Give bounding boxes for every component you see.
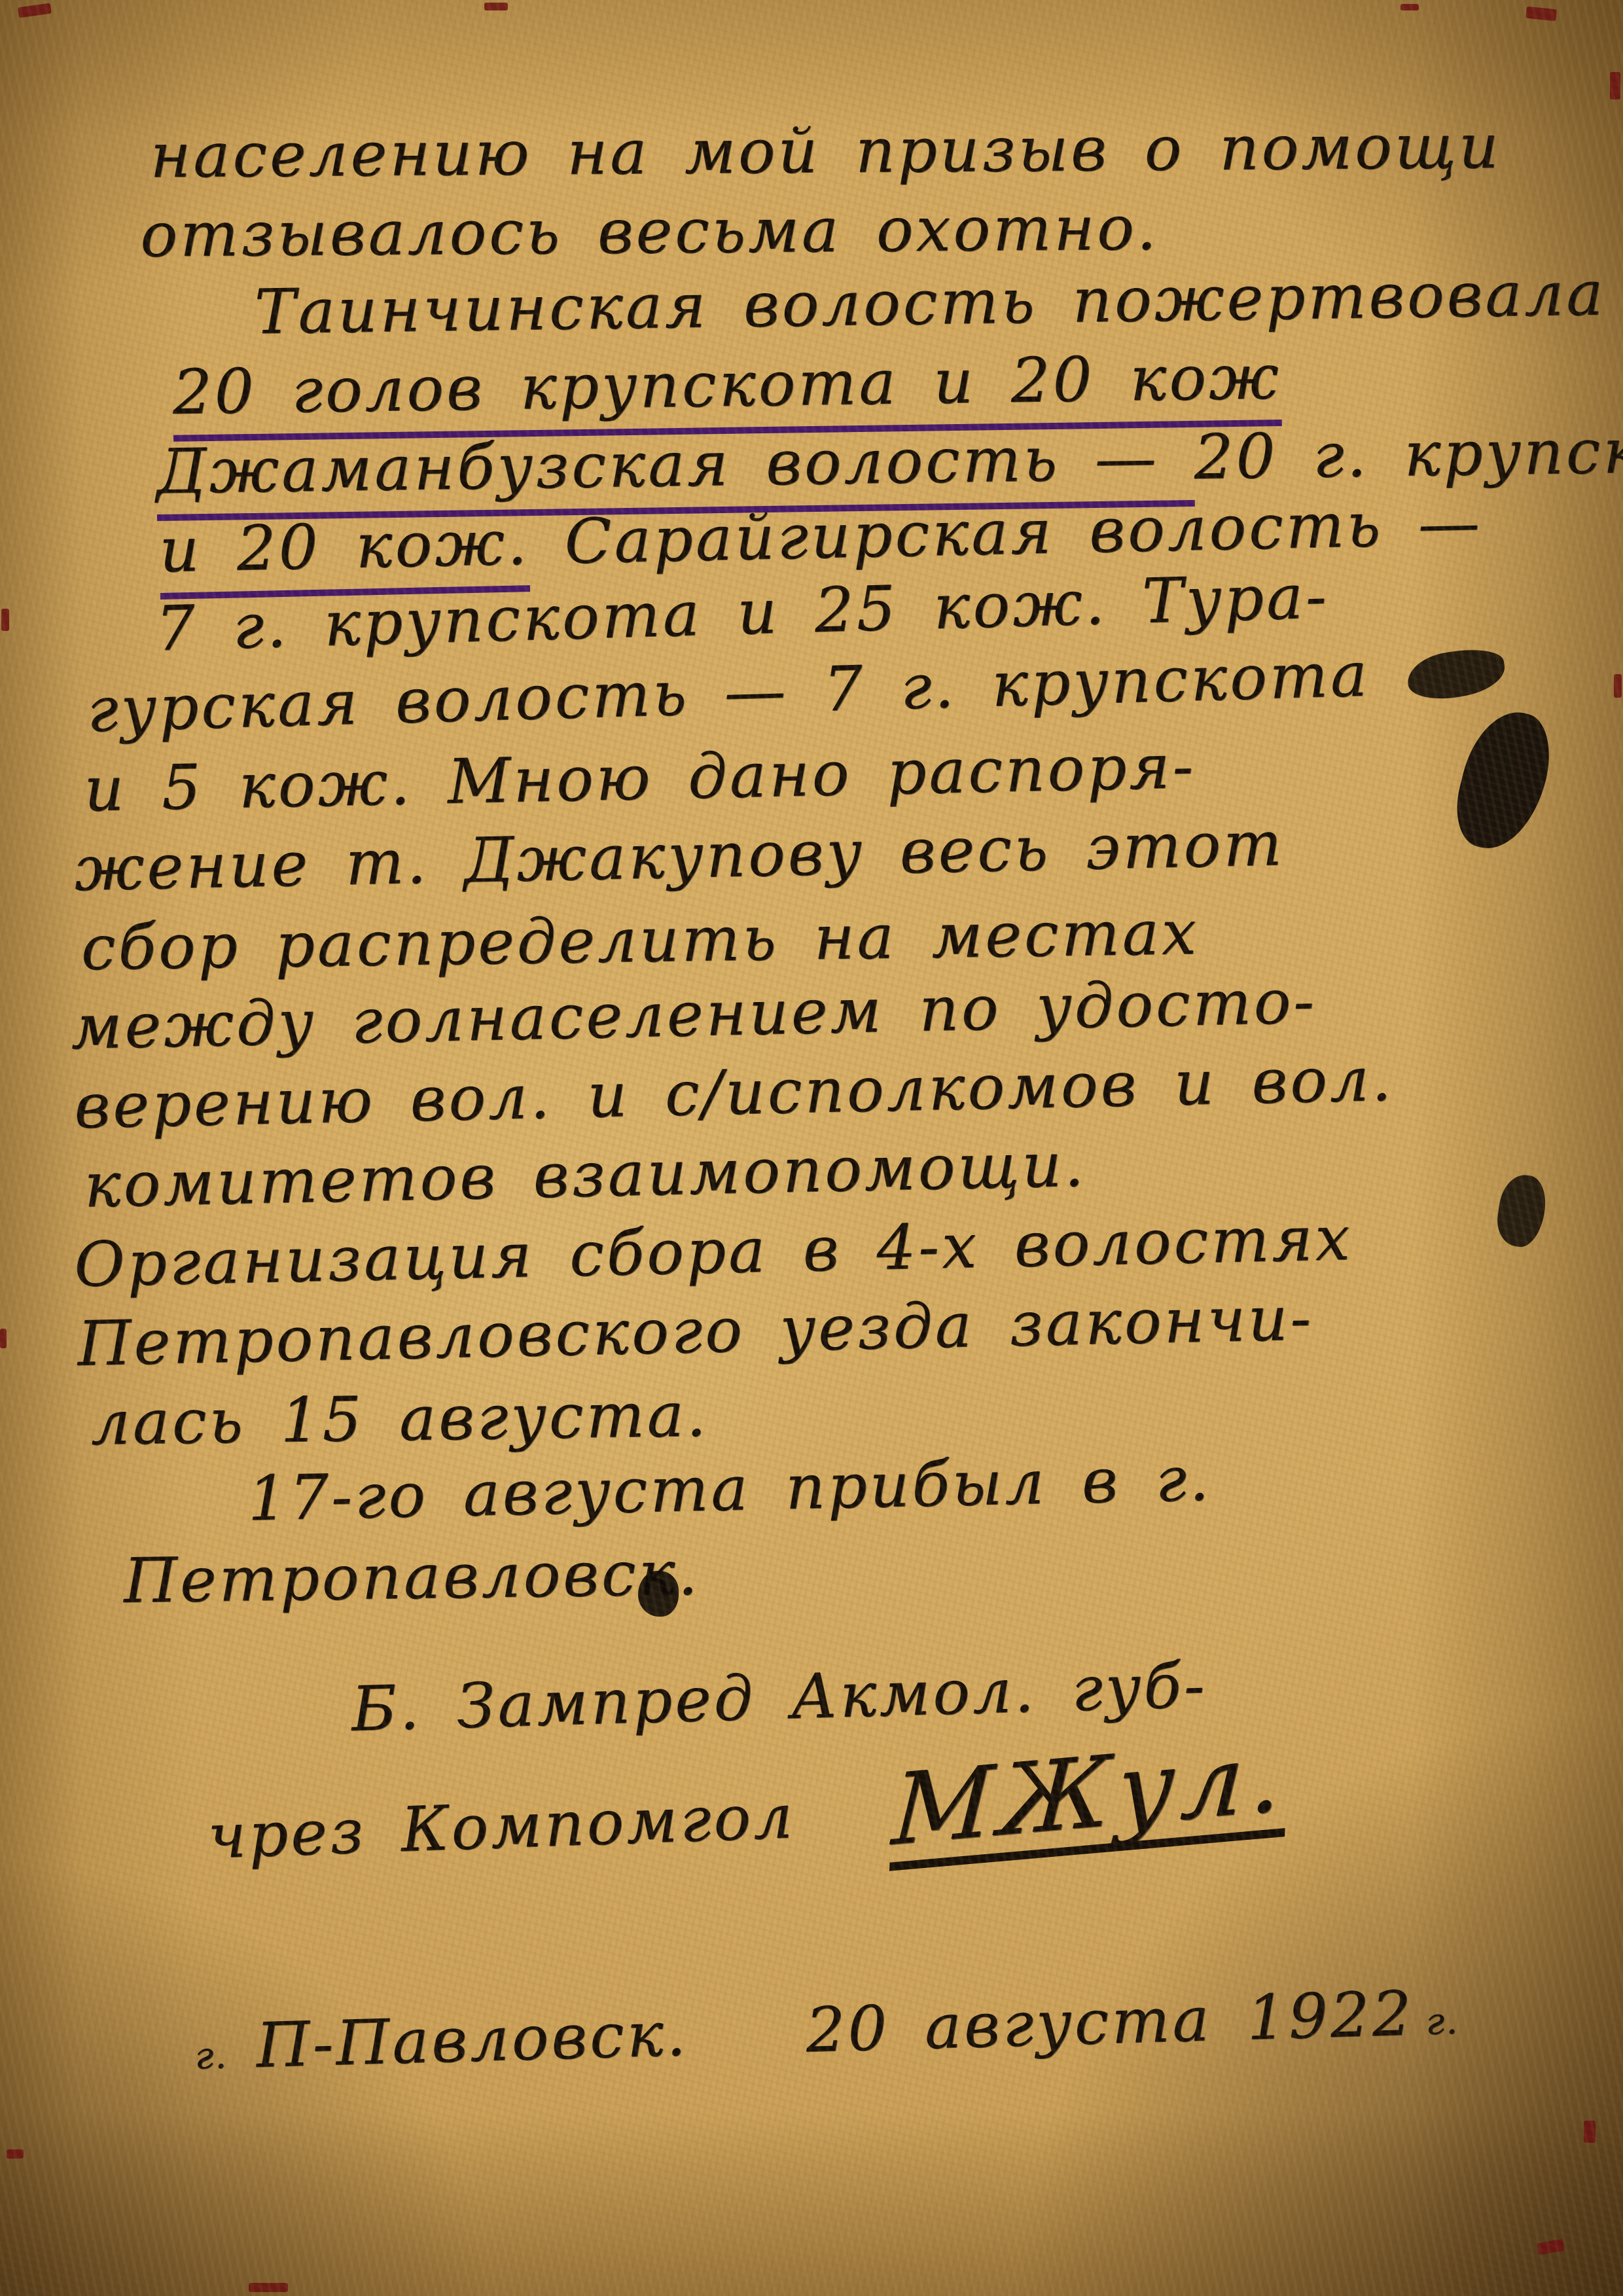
place-date-line: г.П-Павловск.20 августа 1922г.	[63, 1974, 1577, 2108]
line-text: 20 г. крупскота	[1194, 414, 1623, 493]
ink-blot	[638, 1571, 679, 1617]
scan-artifact	[1584, 2121, 1596, 2143]
scan-artifact	[484, 3, 508, 10]
scan-artifact	[249, 2283, 288, 2292]
place-name: П-Павловск.	[255, 1998, 689, 2081]
scan-artifact	[1, 609, 9, 631]
line-text: чрез Компомгол	[207, 1781, 796, 1873]
line-text: отзывалось весьма охотно.	[140, 192, 1159, 271]
scan-artifact	[0, 1329, 7, 1348]
year-abbrev: г.	[1425, 2000, 1459, 2043]
line-text: Б. Зампред Акмол. губ-	[351, 1650, 1208, 1745]
scan-artifact	[7, 2149, 24, 2159]
line-text: лась 15 августа.	[90, 1379, 709, 1459]
line-text: Петропавловск.	[123, 1537, 700, 1617]
scan-artifact	[1525, 7, 1557, 22]
scan-artifact	[1400, 4, 1419, 10]
city-abbrev: г.	[194, 2034, 228, 2077]
scan-artifact	[1537, 2239, 1565, 2255]
paper-background: населению на мой призыв о помощи отзывал…	[0, 0, 1623, 2296]
line-text: населению на мой призыв о помощи	[150, 111, 1501, 192]
line-text: сбор распределить на местах	[80, 897, 1199, 984]
signature: МЖул.	[889, 1727, 1291, 1871]
scan-artifact	[1610, 72, 1620, 99]
scan-artifact	[1614, 674, 1622, 698]
handwriting-line: населению на мой призыв о помощи	[65, 111, 1577, 200]
scan-artifact	[18, 3, 52, 18]
letter-body: населению на мой призыв о помощи отзывал…	[65, 121, 1577, 2108]
document-date: 20 августа 1922	[805, 1978, 1415, 2066]
